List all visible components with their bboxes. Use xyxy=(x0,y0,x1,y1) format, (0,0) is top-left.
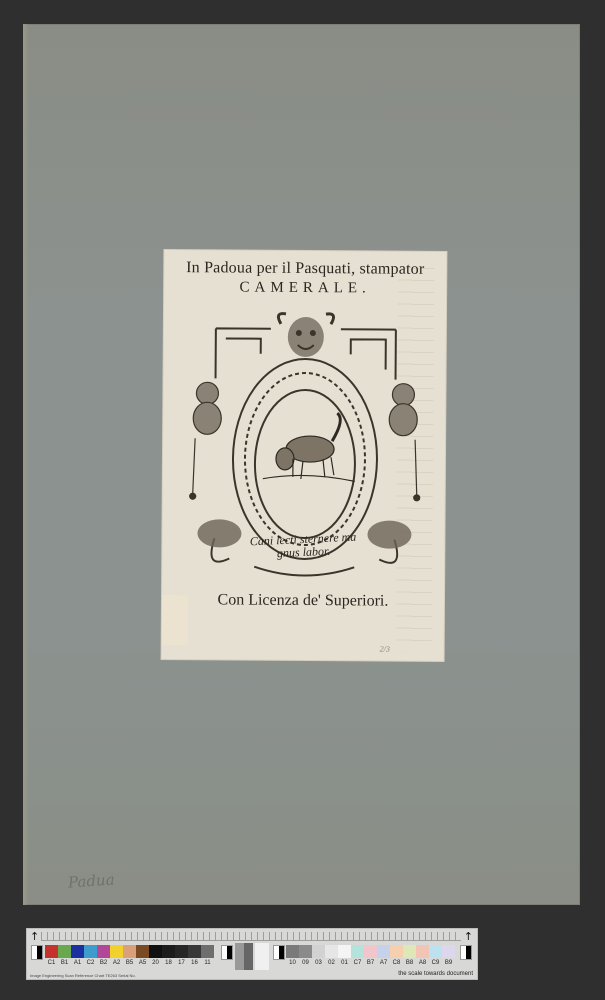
swatch-labels-left: C1B1A1C2B2A2B5A52018171611 xyxy=(45,960,214,966)
color-swatch xyxy=(188,945,201,958)
up-arrow-icon-right: ↑ xyxy=(464,930,473,943)
color-swatch xyxy=(136,945,149,958)
grotesque-mask-icon xyxy=(278,314,333,358)
bw-target-right xyxy=(460,945,472,960)
color-swatch xyxy=(201,945,214,958)
swatch-label: B9 xyxy=(442,960,455,966)
color-swatch xyxy=(286,945,299,958)
swatch-label: 17 xyxy=(175,960,188,966)
color-swatch xyxy=(312,945,325,958)
cherub-right-icon xyxy=(389,384,421,501)
swatch-label: B5 xyxy=(123,960,136,966)
color-reference-card: ↑ ↑ C1B1A1C2B2A2B5A52018171611 100903020… xyxy=(26,928,478,980)
color-swatch xyxy=(416,945,429,958)
imprint-line-1: In Padoua per il Pasquati, stampator xyxy=(164,259,446,279)
card-caption: the scale towards document xyxy=(398,971,473,977)
color-swatch xyxy=(58,945,71,958)
bw-target-center xyxy=(221,945,233,960)
imprint-line-2: CAMERALE. xyxy=(164,279,446,298)
color-swatch xyxy=(110,945,123,958)
up-arrow-icon: ↑ xyxy=(30,930,39,943)
color-swatch xyxy=(325,945,338,958)
swatch-label: C2 xyxy=(84,960,97,966)
swatch-label: 20 xyxy=(149,960,162,966)
color-swatch xyxy=(390,945,403,958)
leaf-mark: 2/3 xyxy=(380,645,390,654)
color-swatch xyxy=(97,945,110,958)
pencil-annotation: Padua xyxy=(67,870,115,891)
swatch-label: 03 xyxy=(312,960,325,966)
color-swatch xyxy=(162,945,175,958)
color-swatch xyxy=(429,945,442,958)
board-edge xyxy=(23,24,29,905)
swatch-label: 16 xyxy=(188,960,201,966)
color-swatch xyxy=(442,945,455,958)
swatch-label: A8 xyxy=(416,960,429,966)
swatch-label: A1 xyxy=(71,960,84,966)
dog-icon xyxy=(263,413,355,482)
license-line: Con Licenza de' Superiori. xyxy=(162,591,444,611)
swatch-label: C9 xyxy=(429,960,442,966)
swatch-label: 11 xyxy=(201,960,214,966)
color-swatch xyxy=(299,945,312,958)
printed-leaf: In Padoua per il Pasquati, stampator CAM… xyxy=(162,250,447,661)
color-swatch xyxy=(149,945,162,958)
swatch-label: 18 xyxy=(162,960,175,966)
card-fine-print: Image Engineering Scan Reference Chart T… xyxy=(30,973,136,978)
swatch-label: B2 xyxy=(97,960,110,966)
color-swatch xyxy=(364,945,377,958)
grey-patch xyxy=(235,943,253,970)
swatch-labels-right: 1009030201C7B7A7C8B8A8C9B9 xyxy=(286,960,455,966)
swatch-label: 01 xyxy=(338,960,351,966)
cherub-left-icon xyxy=(190,382,222,499)
measurement-ruler xyxy=(41,932,461,941)
swatch-label: B7 xyxy=(364,960,377,966)
color-swatch xyxy=(377,945,390,958)
swatch-label: 10 xyxy=(286,960,299,966)
swatch-label: B8 xyxy=(403,960,416,966)
color-swatches-right xyxy=(286,945,455,958)
swatch-label: C8 xyxy=(390,960,403,966)
swatch-label: 09 xyxy=(299,960,312,966)
color-swatch xyxy=(403,945,416,958)
swatch-label: A2 xyxy=(110,960,123,966)
swatch-label: A5 xyxy=(136,960,149,966)
swatch-label: C7 xyxy=(351,960,364,966)
resolution-strip xyxy=(255,943,269,970)
swatch-label: B1 xyxy=(58,960,71,966)
swatch-label: C1 xyxy=(45,960,58,966)
color-swatch xyxy=(84,945,97,958)
color-swatch xyxy=(351,945,364,958)
bw-target-center-2 xyxy=(273,945,285,960)
color-swatch xyxy=(123,945,136,958)
color-swatches-left xyxy=(45,945,214,958)
color-swatch xyxy=(45,945,58,958)
color-swatch xyxy=(175,945,188,958)
swatch-label: A7 xyxy=(377,960,390,966)
bw-target-left xyxy=(31,945,43,960)
color-swatch xyxy=(71,945,84,958)
swatch-label: 02 xyxy=(325,960,338,966)
color-swatch xyxy=(338,945,351,958)
